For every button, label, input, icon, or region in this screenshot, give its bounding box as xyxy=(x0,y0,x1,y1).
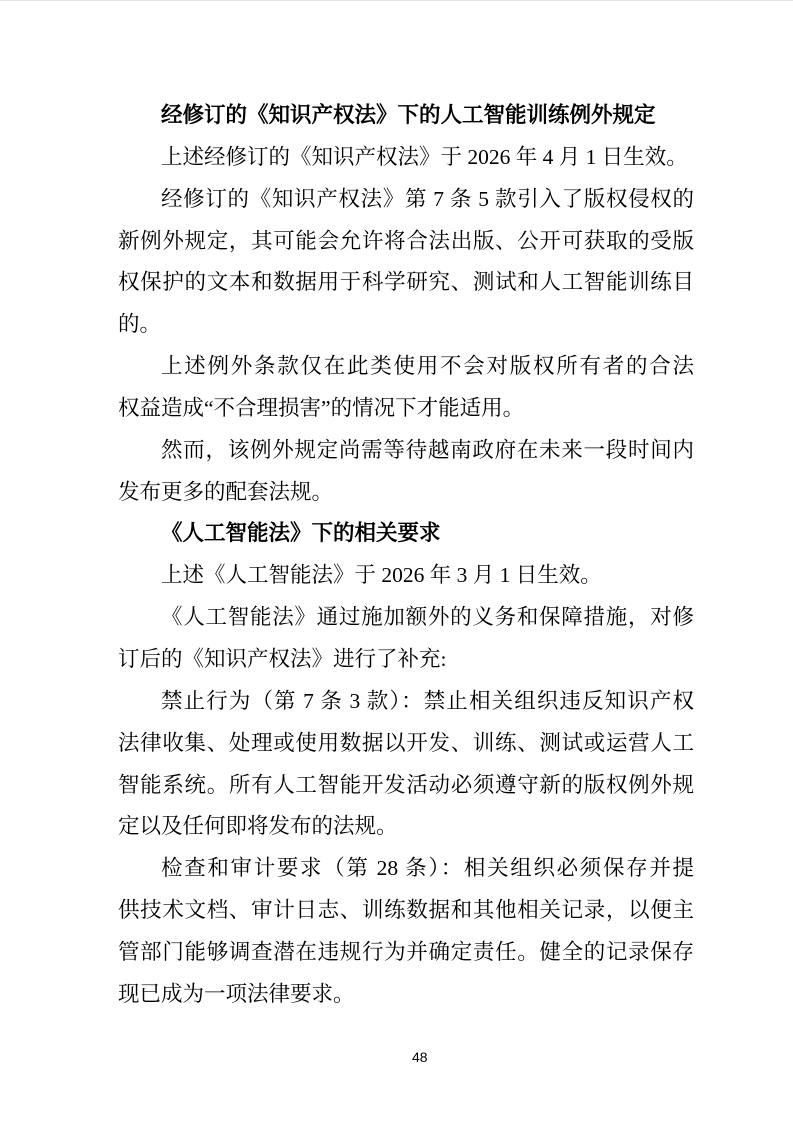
text-line: 然而，该例外规定尚需等待越南政府在未来一段时间内 xyxy=(118,430,694,472)
text-line: 智能系统。所有人工智能开发活动必须遵守新的版权例外规 xyxy=(118,765,694,807)
text-line: 现已成为一项法律要求。 xyxy=(118,974,694,1016)
text-line: 检查和审计要求（第 28 条）：相关组织必须保存并提 xyxy=(118,848,694,890)
text-line: 管部门能够调查潜在违规行为并确定责任。健全的记录保存 xyxy=(118,932,694,974)
heading-block: 经修订的《知识产权法》下的人工智能训练例外规定 xyxy=(118,95,694,137)
text-line: 禁止行为（第 7 条 3 款）：禁止相关组织违反知识产权 xyxy=(118,681,694,723)
text-line: 定以及任何即将发布的法规。 xyxy=(118,806,694,848)
document-body: 经修订的《知识产权法》下的人工智能训练例外规定上述经修订的《知识产权法》于 20… xyxy=(118,95,694,1016)
text-line: 的。 xyxy=(118,304,694,346)
text-line: 法律收集、处理或使用数据以开发、训练、测试或运营人工 xyxy=(118,723,694,765)
paragraph-block: 上述经修订的《知识产权法》于 2026 年 4 月 1 日生效。 xyxy=(118,137,694,179)
paragraph-block: 上述例外条款仅在此类使用不会对版权所有者的合法权益造成“不合理损害”的情况下才能… xyxy=(118,346,694,430)
text-line: 《人工智能法》通过施加额外的义务和保障措施，对修 xyxy=(118,597,694,639)
paragraph-block: 禁止行为（第 7 条 3 款）：禁止相关组织违反知识产权法律收集、处理或使用数据… xyxy=(118,681,694,848)
text-line: 《人工智能法》下的相关要求 xyxy=(118,513,694,555)
heading-block: 《人工智能法》下的相关要求 xyxy=(118,513,694,555)
text-line: 发布更多的配套法规。 xyxy=(118,472,694,514)
paragraph-block: 经修订的《知识产权法》第 7 条 5 款引入了版权侵权的新例外规定，其可能会允许… xyxy=(118,179,694,346)
text-line: 供技术文档、审计日志、训练数据和其他相关记录，以便主 xyxy=(118,890,694,932)
text-line: 新例外规定，其可能会允许将合法出版、公开可获取的受版 xyxy=(118,221,694,263)
page-number: 48 xyxy=(412,1049,428,1065)
text-line: 订后的《知识产权法》进行了补充: xyxy=(118,639,694,681)
text-line: 经修订的《知识产权法》第 7 条 5 款引入了版权侵权的 xyxy=(118,179,694,221)
paragraph-block: 然而，该例外规定尚需等待越南政府在未来一段时间内发布更多的配套法规。 xyxy=(118,430,694,514)
text-line: 权保护的文本和数据用于科学研究、测试和人工智能训练目 xyxy=(118,262,694,304)
paragraph-block: 上述《人工智能法》于 2026 年 3 月 1 日生效。 xyxy=(118,555,694,597)
text-line: 上述经修订的《知识产权法》于 2026 年 4 月 1 日生效。 xyxy=(118,137,694,179)
text-line: 权益造成“不合理损害”的情况下才能适用。 xyxy=(118,388,694,430)
paragraph-block: 《人工智能法》通过施加额外的义务和保障措施，对修订后的《知识产权法》进行了补充: xyxy=(118,597,694,681)
paragraph-block: 检查和审计要求（第 28 条）：相关组织必须保存并提供技术文档、审计日志、训练数… xyxy=(118,848,694,1015)
text-line: 上述例外条款仅在此类使用不会对版权所有者的合法 xyxy=(118,346,694,388)
text-line: 经修订的《知识产权法》下的人工智能训练例外规定 xyxy=(118,95,694,137)
document-page: 经修订的《知识产权法》下的人工智能训练例外规定上述经修订的《知识产权法》于 20… xyxy=(0,0,793,1122)
text-line: 上述《人工智能法》于 2026 年 3 月 1 日生效。 xyxy=(118,555,694,597)
